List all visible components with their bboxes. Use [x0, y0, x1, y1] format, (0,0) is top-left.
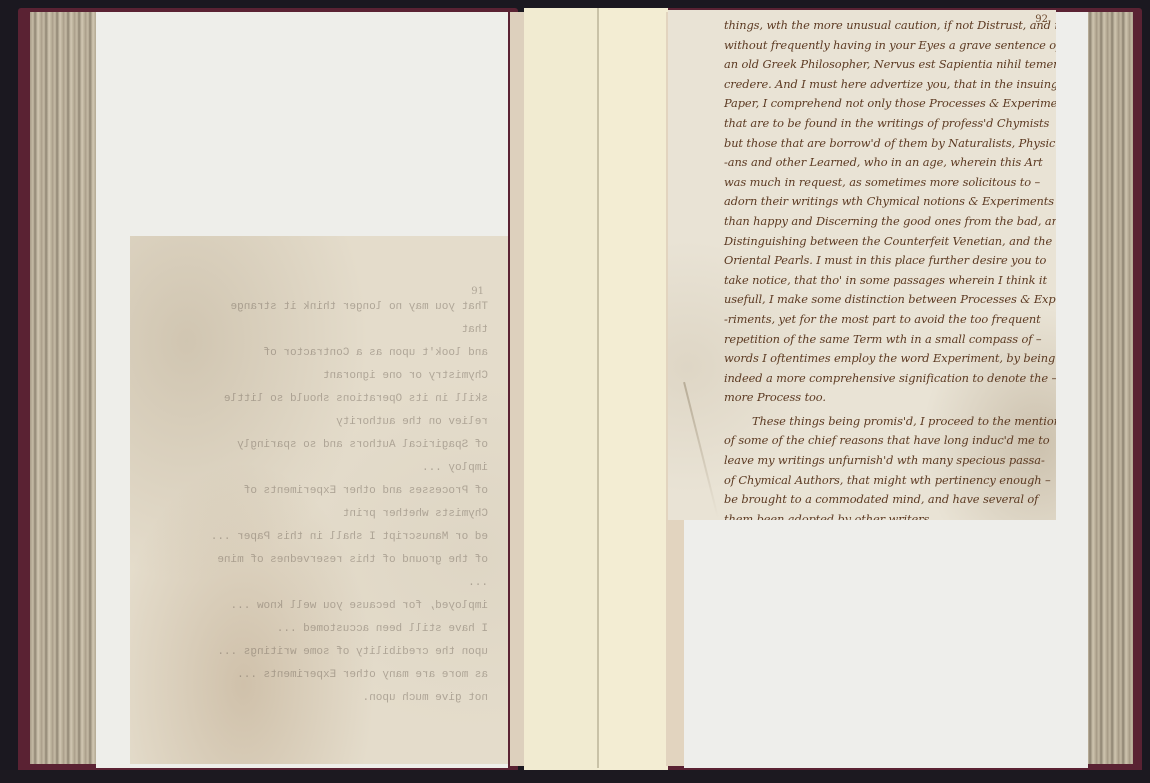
text-line: things, wth the more unusual caution, if… — [724, 16, 1052, 36]
right-page-edges — [1085, 12, 1133, 764]
text-line: was much in request, as sometimes more s… — [724, 173, 1052, 193]
text-line: leave my writings unfurnish'd wth many s… — [724, 451, 1052, 471]
right-page-number: 92 — [1035, 14, 1048, 25]
text-line: -ans and other Learned, who in an age, w… — [724, 153, 1052, 173]
text-line: These things being promis'd, I proceed t… — [724, 412, 1052, 432]
text-line: of Chymical Authors, that might wth pert… — [724, 471, 1052, 491]
text-line: -riments, yet for the most part to avoid… — [724, 310, 1052, 330]
right-gutter-leaf — [598, 8, 668, 770]
right-manuscript-leaf: 92 things, wth the more unusual caution,… — [668, 10, 1056, 520]
text-line: than happy and Discerning the good ones … — [724, 212, 1052, 232]
bottom-background — [0, 770, 1150, 783]
text-line: Oriental Pearls. I must in this place fu… — [724, 251, 1052, 271]
text-line: take notice, that tho' in some passages … — [724, 271, 1052, 291]
text-line: usefull, I make some distinction between… — [724, 290, 1052, 310]
text-line: an old Greek Philosopher, Nervus est Sap… — [724, 55, 1052, 75]
text-line: repetition of the same Term wth in a sma… — [724, 330, 1052, 350]
text-line: words I oftentimes employ the word Exper… — [724, 349, 1052, 369]
text-line: more Process too. — [724, 388, 1052, 408]
left-manuscript-leaf: 91 That you may no longer think it stran… — [130, 236, 508, 764]
spine-fold — [597, 8, 599, 768]
text-line: Paper, I comprehend not only those Proce… — [724, 94, 1052, 114]
bleed-through-text: That you may no longer think it strange … — [200, 296, 488, 710]
text-line: adorn their writings wth Chymical notion… — [724, 192, 1052, 212]
text-line: that are to be found in the writings of … — [724, 114, 1052, 134]
paragraph-1: things, wth the more unusual caution, if… — [724, 16, 1052, 408]
text-line: be brought to a commodated mind, and hav… — [724, 490, 1052, 510]
text-line: them been adopted by other writers. — [724, 510, 1052, 520]
text-line: indeed a more comprehensive significatio… — [724, 369, 1052, 389]
text-line: credere. And I must here advertize you, … — [724, 75, 1052, 95]
left-guard-stub — [510, 12, 524, 766]
text-line: Distinguishing between the Counterfeit V… — [724, 232, 1052, 252]
left-gutter-leaf — [524, 8, 600, 770]
paragraph-2: These things being promis'd, I proceed t… — [724, 412, 1052, 520]
text-line: but those that are borrow'd of them by N… — [724, 134, 1052, 154]
text-line: of some of the chief reasons that have l… — [724, 431, 1052, 451]
text-line: without frequently having in your Eyes a… — [724, 36, 1052, 56]
